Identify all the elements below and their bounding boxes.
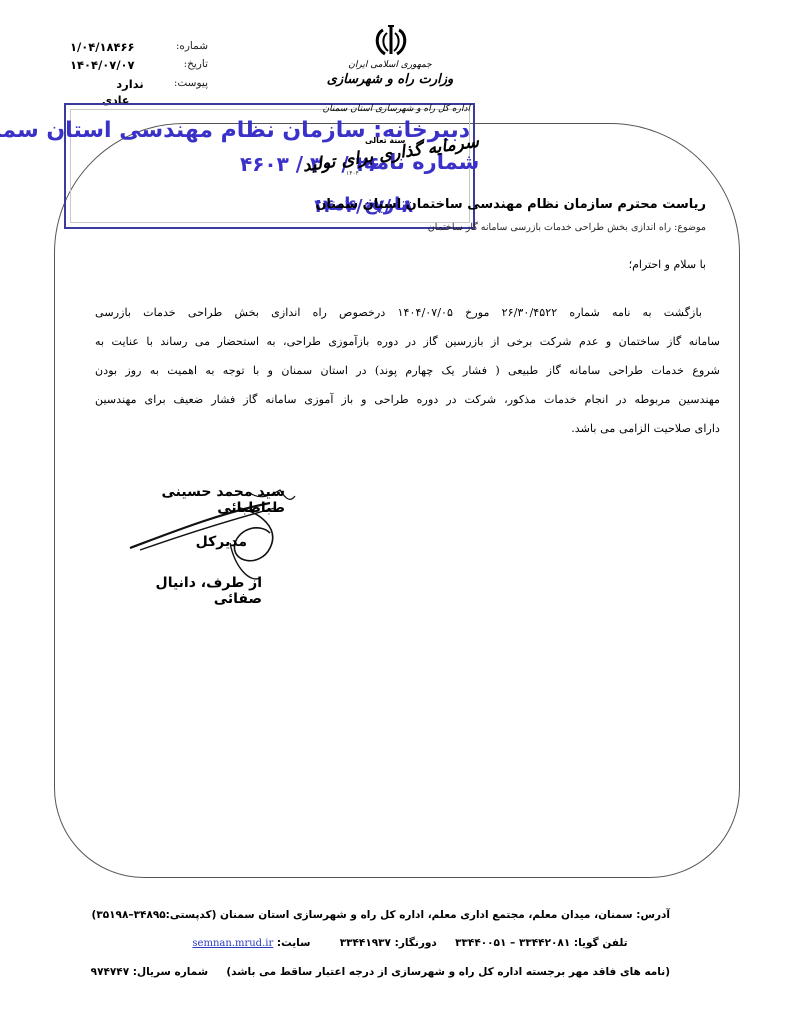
- footer-address: آدرس: سمنان، میدان معلم، مجتمع اداری معل…: [150, 909, 670, 921]
- signatory-name: سید محمد حسینی طباطبائی: [107, 484, 285, 516]
- phone-value: ۳۳۴۴۲۰۸۱ – ۳۳۴۴۰۰۵۱: [455, 937, 570, 949]
- republic-title: جمهوری اسلامی ایران: [330, 60, 450, 70]
- letter-number-row: شماره: ۱/۰۴/۱۸۴۶۶: [70, 40, 208, 54]
- letter-body: بازگشت به نامه شماره ۲۶/۳۰/۴۵۲۲ مورخ ۱۴۰…: [95, 298, 720, 443]
- letter-date-row: تاریخ: ۱۴۰۴/۰۷/۰۷: [70, 58, 208, 72]
- greeting: با سلام و احترام؛: [629, 258, 706, 271]
- letter-date-label: تاریخ:: [160, 58, 208, 72]
- attachment-value: ندارد: [100, 77, 160, 91]
- seal-notice: (نامه های فاقد مهر برجسته اداره کل راه و…: [226, 966, 670, 978]
- body-line-3: شروع خدمات طراحی سامانه گاز طبیعی ( فشار…: [95, 356, 720, 385]
- addressee: ریاست محترم سازمان نظام مهندسی ساختمان ا…: [315, 197, 706, 212]
- subject-line: موضوع: راه اندازی بخش طراحی خدمات بازرسی…: [428, 222, 706, 233]
- attachment-row: پیوست: ندارد: [70, 77, 208, 91]
- serial-value: ۹۷۴۷۴۷: [91, 966, 129, 978]
- letter-date-value: ۱۴۰۴/۰۷/۰۷: [70, 58, 160, 72]
- ministry-title: وزارت راه و شهرسازی: [310, 72, 470, 87]
- fax-value: ۳۳۴۴۱۹۳۷: [340, 937, 391, 949]
- body-line-5: دارای صلاحیت الزامی می باشد.: [95, 414, 720, 443]
- attachment-label: پیوست:: [160, 77, 208, 91]
- serial-label: شماره سریال:: [133, 966, 208, 978]
- footer-contact: تلفن گویا: ۳۳۴۴۲۰۸۱ – ۳۳۴۴۰۰۵۱ دورنگار: …: [150, 937, 670, 949]
- letter-number-value: ۱/۰۴/۱۸۴۶۶: [70, 40, 160, 54]
- body-line-2: سامانه گاز ساختمان و عدم شرکت برخی از با…: [95, 327, 720, 356]
- site-label: سایت:: [277, 937, 311, 949]
- stamp-secretariat-line: دبیرخانه: سازمان نظام مهندسی استان سمنان: [95, 118, 470, 143]
- body-line-1: بازگشت به نامه شماره ۲۶/۳۰/۴۵۲۲ مورخ ۱۴۰…: [95, 298, 720, 327]
- on-behalf-of: از طرف، دانیال صفائی: [107, 575, 262, 607]
- office-title: اداره کل راه و شهرسازی استان سمنان: [300, 104, 470, 114]
- fax-label: دورنگار:: [395, 937, 437, 949]
- letter-number-label: شماره:: [160, 40, 208, 54]
- website-link[interactable]: semnan.mrud.ir: [192, 938, 273, 949]
- iran-emblem-icon: [369, 24, 413, 60]
- footer-notice: (نامه های فاقد مهر برجسته اداره کل راه و…: [150, 966, 670, 978]
- body-line-4: مهندسین مربوطه در انجام خدمات مذکور، شرک…: [95, 385, 720, 414]
- phone-label: تلفن گویا:: [574, 937, 628, 949]
- signatory-title: مدیرکل: [107, 534, 247, 550]
- slogan-year: ۱۴۰۴: [346, 170, 359, 177]
